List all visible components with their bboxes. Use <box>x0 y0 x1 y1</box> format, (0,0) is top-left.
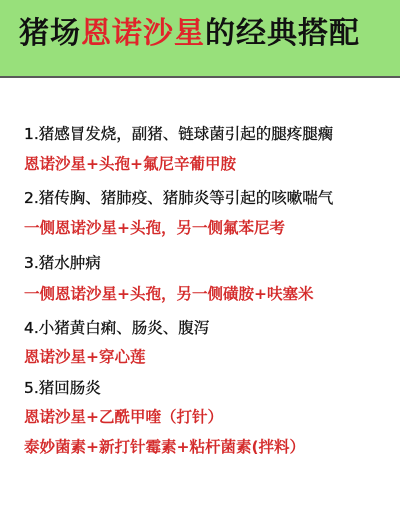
item-2-question: 2.猪传胸、猪肺疫、猪肺炎等引起的咳嗽喘气 <box>24 188 333 208</box>
title-prefix: 猪场 <box>19 16 81 51</box>
item-4-answer: 恩诺沙星+穿心莲 <box>24 347 146 367</box>
header-banner: 猪场恩诺沙星的经典搭配 <box>0 0 400 78</box>
item-3-question: 3.猪水肿病 <box>24 253 101 273</box>
item-3-answer: 一侧恩诺沙星+头孢，另一侧磺胺+呋塞米 <box>24 284 313 304</box>
item-2-answer: 一侧恩诺沙星+头孢，另一侧氟苯尼考 <box>24 218 285 238</box>
page-title: 猪场恩诺沙星的经典搭配 <box>19 16 360 52</box>
item-5-answer-1: 恩诺沙星+乙酰甲喹（打针） <box>24 407 223 427</box>
item-5-question: 5.猪回肠炎 <box>24 378 101 398</box>
item-4-question: 4.小猪黄白痢、肠炎、腹泻 <box>24 318 209 338</box>
item-1-question: 1.猪感冒发烧，副猪、链球菌引起的腿疼腿瘸 <box>24 124 333 144</box>
item-5-answer-2: 泰妙菌素+新打针霉素+粘杆菌素(拌料） <box>24 437 305 457</box>
item-1-answer: 恩诺沙星+头孢+氟尼辛葡甲胺 <box>24 154 236 174</box>
title-highlight: 恩诺沙星 <box>81 16 205 51</box>
title-suffix: 的经典搭配 <box>205 16 360 51</box>
